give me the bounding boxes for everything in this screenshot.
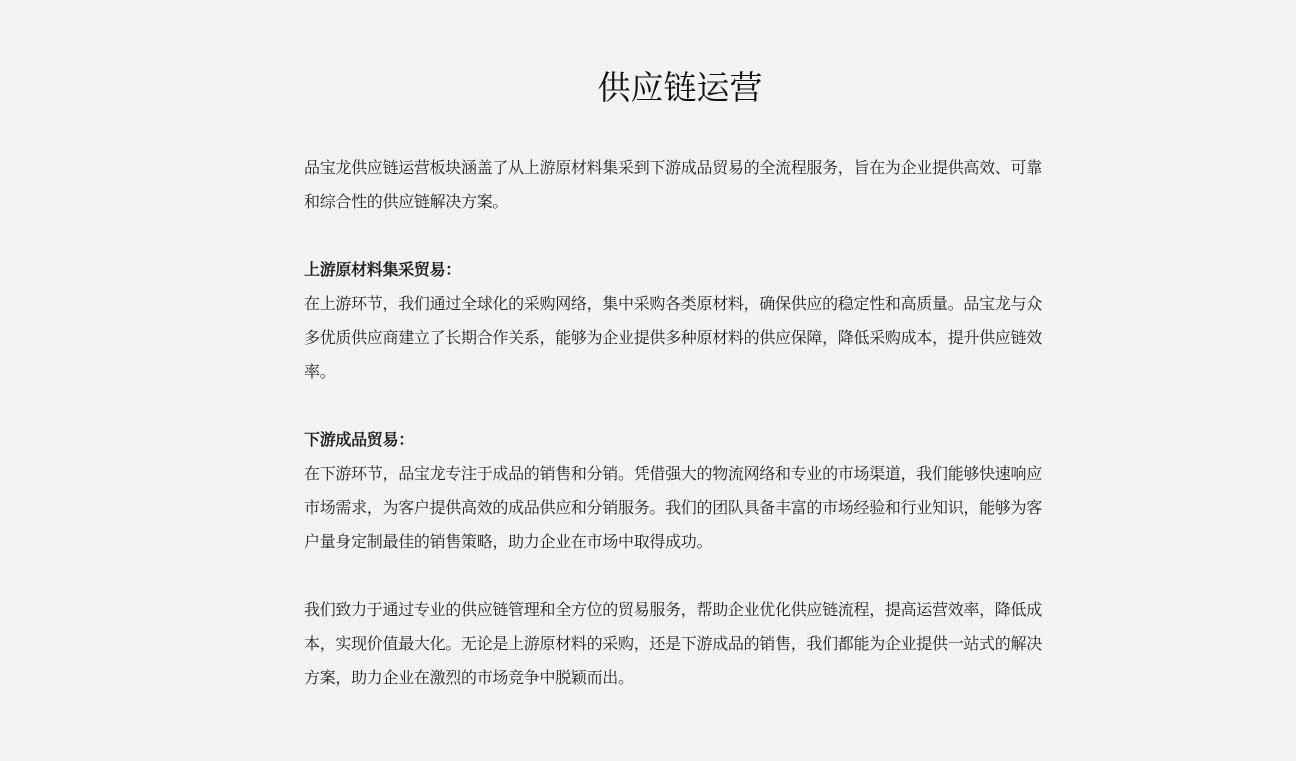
article-content: 品宝龙供应链运营板块涵盖了从上游原材料集采到下游成品贸易的全流程服务，旨在为企业… (304, 151, 1050, 729)
page-title: 供应链运营 (0, 66, 1296, 110)
downstream-paragraph: 在下游环节，品宝龙专注于成品的销售和分销。凭借强大的物流网络和专业的市场渠道，我… (304, 457, 1050, 559)
conclusion-paragraph: 我们致力于通过专业的供应链管理和全方位的贸易服务，帮助企业优化供应链流程，提高运… (304, 593, 1050, 695)
intro-paragraph: 品宝龙供应链运营板块涵盖了从上游原材料集采到下游成品贸易的全流程服务，旨在为企业… (304, 151, 1050, 219)
downstream-heading: 下游成品贸易： (304, 423, 1050, 457)
page: 供应链运营 品宝龙供应链运营板块涵盖了从上游原材料集采到下游成品贸易的全流程服务… (0, 0, 1296, 761)
upstream-heading: 上游原材料集采贸易： (304, 253, 1050, 287)
upstream-paragraph: 在上游环节，我们通过全球化的采购网络，集中采购各类原材料，确保供应的稳定性和高质… (304, 287, 1050, 389)
upstream-section: 上游原材料集采贸易： 在上游环节，我们通过全球化的采购网络，集中采购各类原材料，… (304, 253, 1050, 389)
downstream-section: 下游成品贸易： 在下游环节，品宝龙专注于成品的销售和分销。凭借强大的物流网络和专… (304, 423, 1050, 559)
